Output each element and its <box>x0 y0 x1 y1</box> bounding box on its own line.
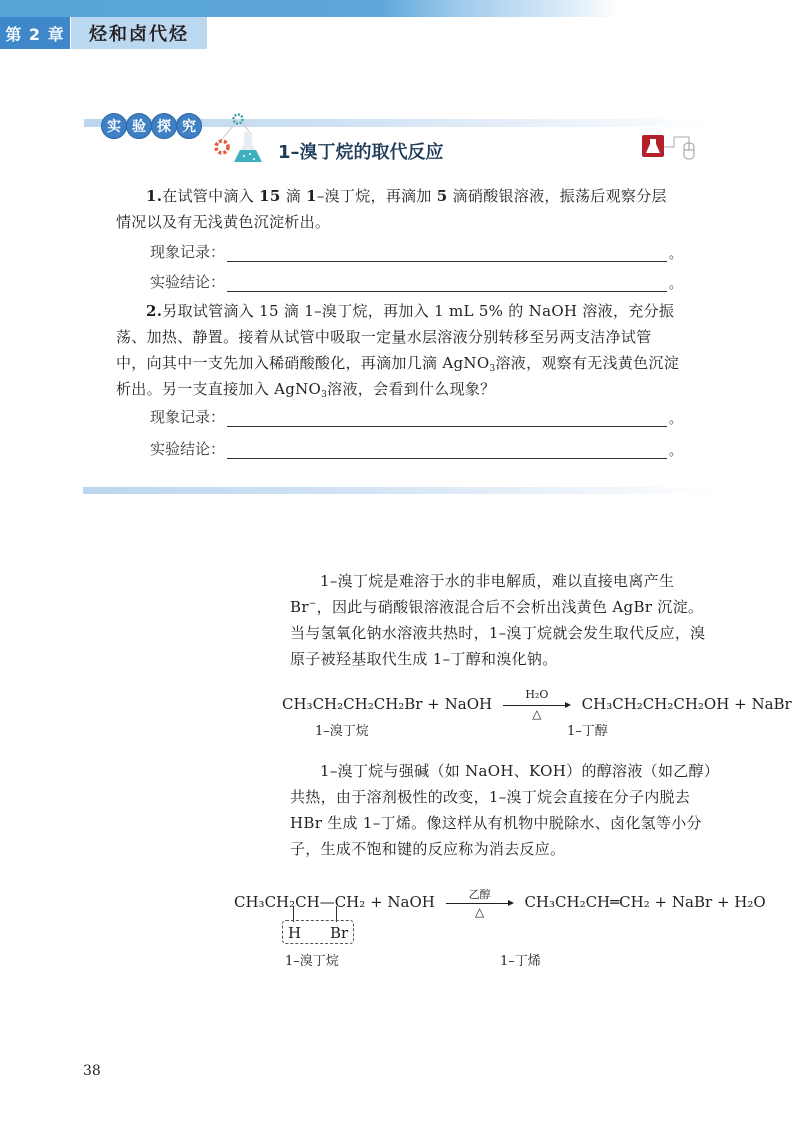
body-paragraph-2: 1–溴丁烷与强碱（如 NaOH、KOH）的醇溶液（如乙醇）共热，由于溶剂极性的改… <box>290 758 714 862</box>
experiment-title: 1–溴丁烷的取代反应 <box>278 138 444 164</box>
substitution-equation: CH₃CH₂CH₂CH₂Br + NaOH H₂O △ CH₃CH₂CH₂CH₂… <box>282 690 792 720</box>
badge-char: 实 <box>101 113 127 139</box>
experiment-step-2: 2.另取试管滴入 15 滴 1–溴丁烷，再加入 1 mL 5% 的 NaOH 溶… <box>116 298 682 402</box>
page-number: 38 <box>83 1063 101 1079</box>
reaction-arrow: 乙醇 △ <box>444 888 516 918</box>
conclusion-field-2: 实验结论： 。 <box>150 437 682 459</box>
byproduct: NaBr <box>672 893 712 911</box>
experiment-badges: 实 验 探 究 <box>101 113 201 139</box>
step-number: 1. <box>146 187 162 205</box>
product-label: 1–丁醇 <box>567 720 608 739</box>
reaction-arrow: H₂O △ <box>501 690 573 720</box>
field-label: 现象记录： <box>150 406 225 427</box>
badge-char: 究 <box>176 113 202 139</box>
field-label: 实验结论： <box>150 271 225 292</box>
mouse-icon <box>684 143 694 159</box>
header-band <box>0 0 794 17</box>
conclusion-input[interactable] <box>227 275 667 292</box>
reactant-label: 1–溴丁烷 <box>315 720 369 739</box>
chapter-title: 烃和卤代烃 <box>71 17 207 49</box>
observation-input[interactable] <box>227 245 667 262</box>
field-label: 实验结论： <box>150 438 225 459</box>
arrow-line <box>446 903 510 904</box>
substituent-h: H <box>288 924 301 942</box>
reagent: NaOH <box>387 893 434 911</box>
field-label: 现象记录： <box>150 241 225 262</box>
product-label: 1–丁烯 <box>500 950 541 969</box>
condition-solvent: 乙醇 <box>444 886 516 902</box>
badge-char: 验 <box>126 113 152 139</box>
condition-heat: △ <box>501 707 573 721</box>
step-number: 2. <box>146 302 162 320</box>
step-text: 在试管中滴入 <box>162 187 259 205</box>
paragraph-text: ，因此与硝酸银溶液混合后不会析出浅黄色 AgBr 沉淀。当与氢氧化钠水溶液共热时… <box>290 598 705 668</box>
flask-gear-icon <box>208 110 268 168</box>
arrow-line <box>503 705 567 706</box>
condition-solvent: H₂O <box>501 688 573 701</box>
plus-sign: + <box>734 695 747 713</box>
badge-char: 探 <box>151 113 177 139</box>
byproduct: H₂O <box>734 893 765 911</box>
product: CH₃CH₂CH₂CH₂OH <box>582 695 730 713</box>
field-end: 。 <box>669 273 682 292</box>
step-number-value: 15 <box>259 187 280 205</box>
observation-input[interactable] <box>227 410 667 427</box>
chapter-number: 第 2 章 <box>0 17 70 49</box>
flask-resource-icon <box>642 135 664 157</box>
field-end: 。 <box>669 408 682 427</box>
single-bond: — <box>320 893 335 911</box>
resource-icons <box>640 133 706 163</box>
reagent: NaOH <box>445 695 492 713</box>
experiment-step-1: 1.在试管中滴入 15 滴 1–溴丁烷，再滴加 5 滴硝酸银溶液，振荡后观察分层… <box>116 183 682 235</box>
reactant: CH₃CH₂CH₂CH₂Br <box>282 695 422 713</box>
substituent-br: Br <box>330 924 348 942</box>
plus-sign: + <box>370 893 383 911</box>
body-paragraph-1: 1–溴丁烷是难溶于水的非电解质，难以直接电离产生 Br−，因此与硝酸银溶液混合后… <box>290 568 714 672</box>
observation-field-2: 现象记录： 。 <box>150 405 682 427</box>
condition-heat: △ <box>444 905 516 919</box>
superscript: − <box>309 599 317 609</box>
step-number-value: 1 <box>306 187 317 205</box>
byproduct: NaBr <box>751 695 791 713</box>
plus-sign: + <box>655 893 668 911</box>
step-text: 滴 <box>281 187 306 205</box>
step-number-value: 5 <box>437 187 448 205</box>
field-end: 。 <box>669 440 682 459</box>
conclusion-field-1: 实验结论： 。 <box>150 270 682 292</box>
field-end: 。 <box>669 243 682 262</box>
reactant-part: CH₃CH₂CH <box>234 893 320 911</box>
step-text: –溴丁烷，再滴加 <box>317 187 437 205</box>
step-text: 溶液，会看到什么现象？ <box>327 380 495 398</box>
reactant-label: 1–溴丁烷 <box>285 950 339 969</box>
elimination-equation: CH₃CH₂CH—CH₂ + NaOH 乙醇 △ CH₃CH₂CH═CH₂ + … <box>234 888 766 918</box>
product: CH₃CH₂CH═CH₂ <box>524 893 649 911</box>
observation-field-1: 现象记录： 。 <box>150 240 682 262</box>
reactant-part: CH₂ <box>335 893 366 911</box>
plus-sign: + <box>717 893 730 911</box>
experiment-footer-bar <box>83 487 715 494</box>
conclusion-input[interactable] <box>227 442 667 459</box>
plus-sign: + <box>427 695 440 713</box>
